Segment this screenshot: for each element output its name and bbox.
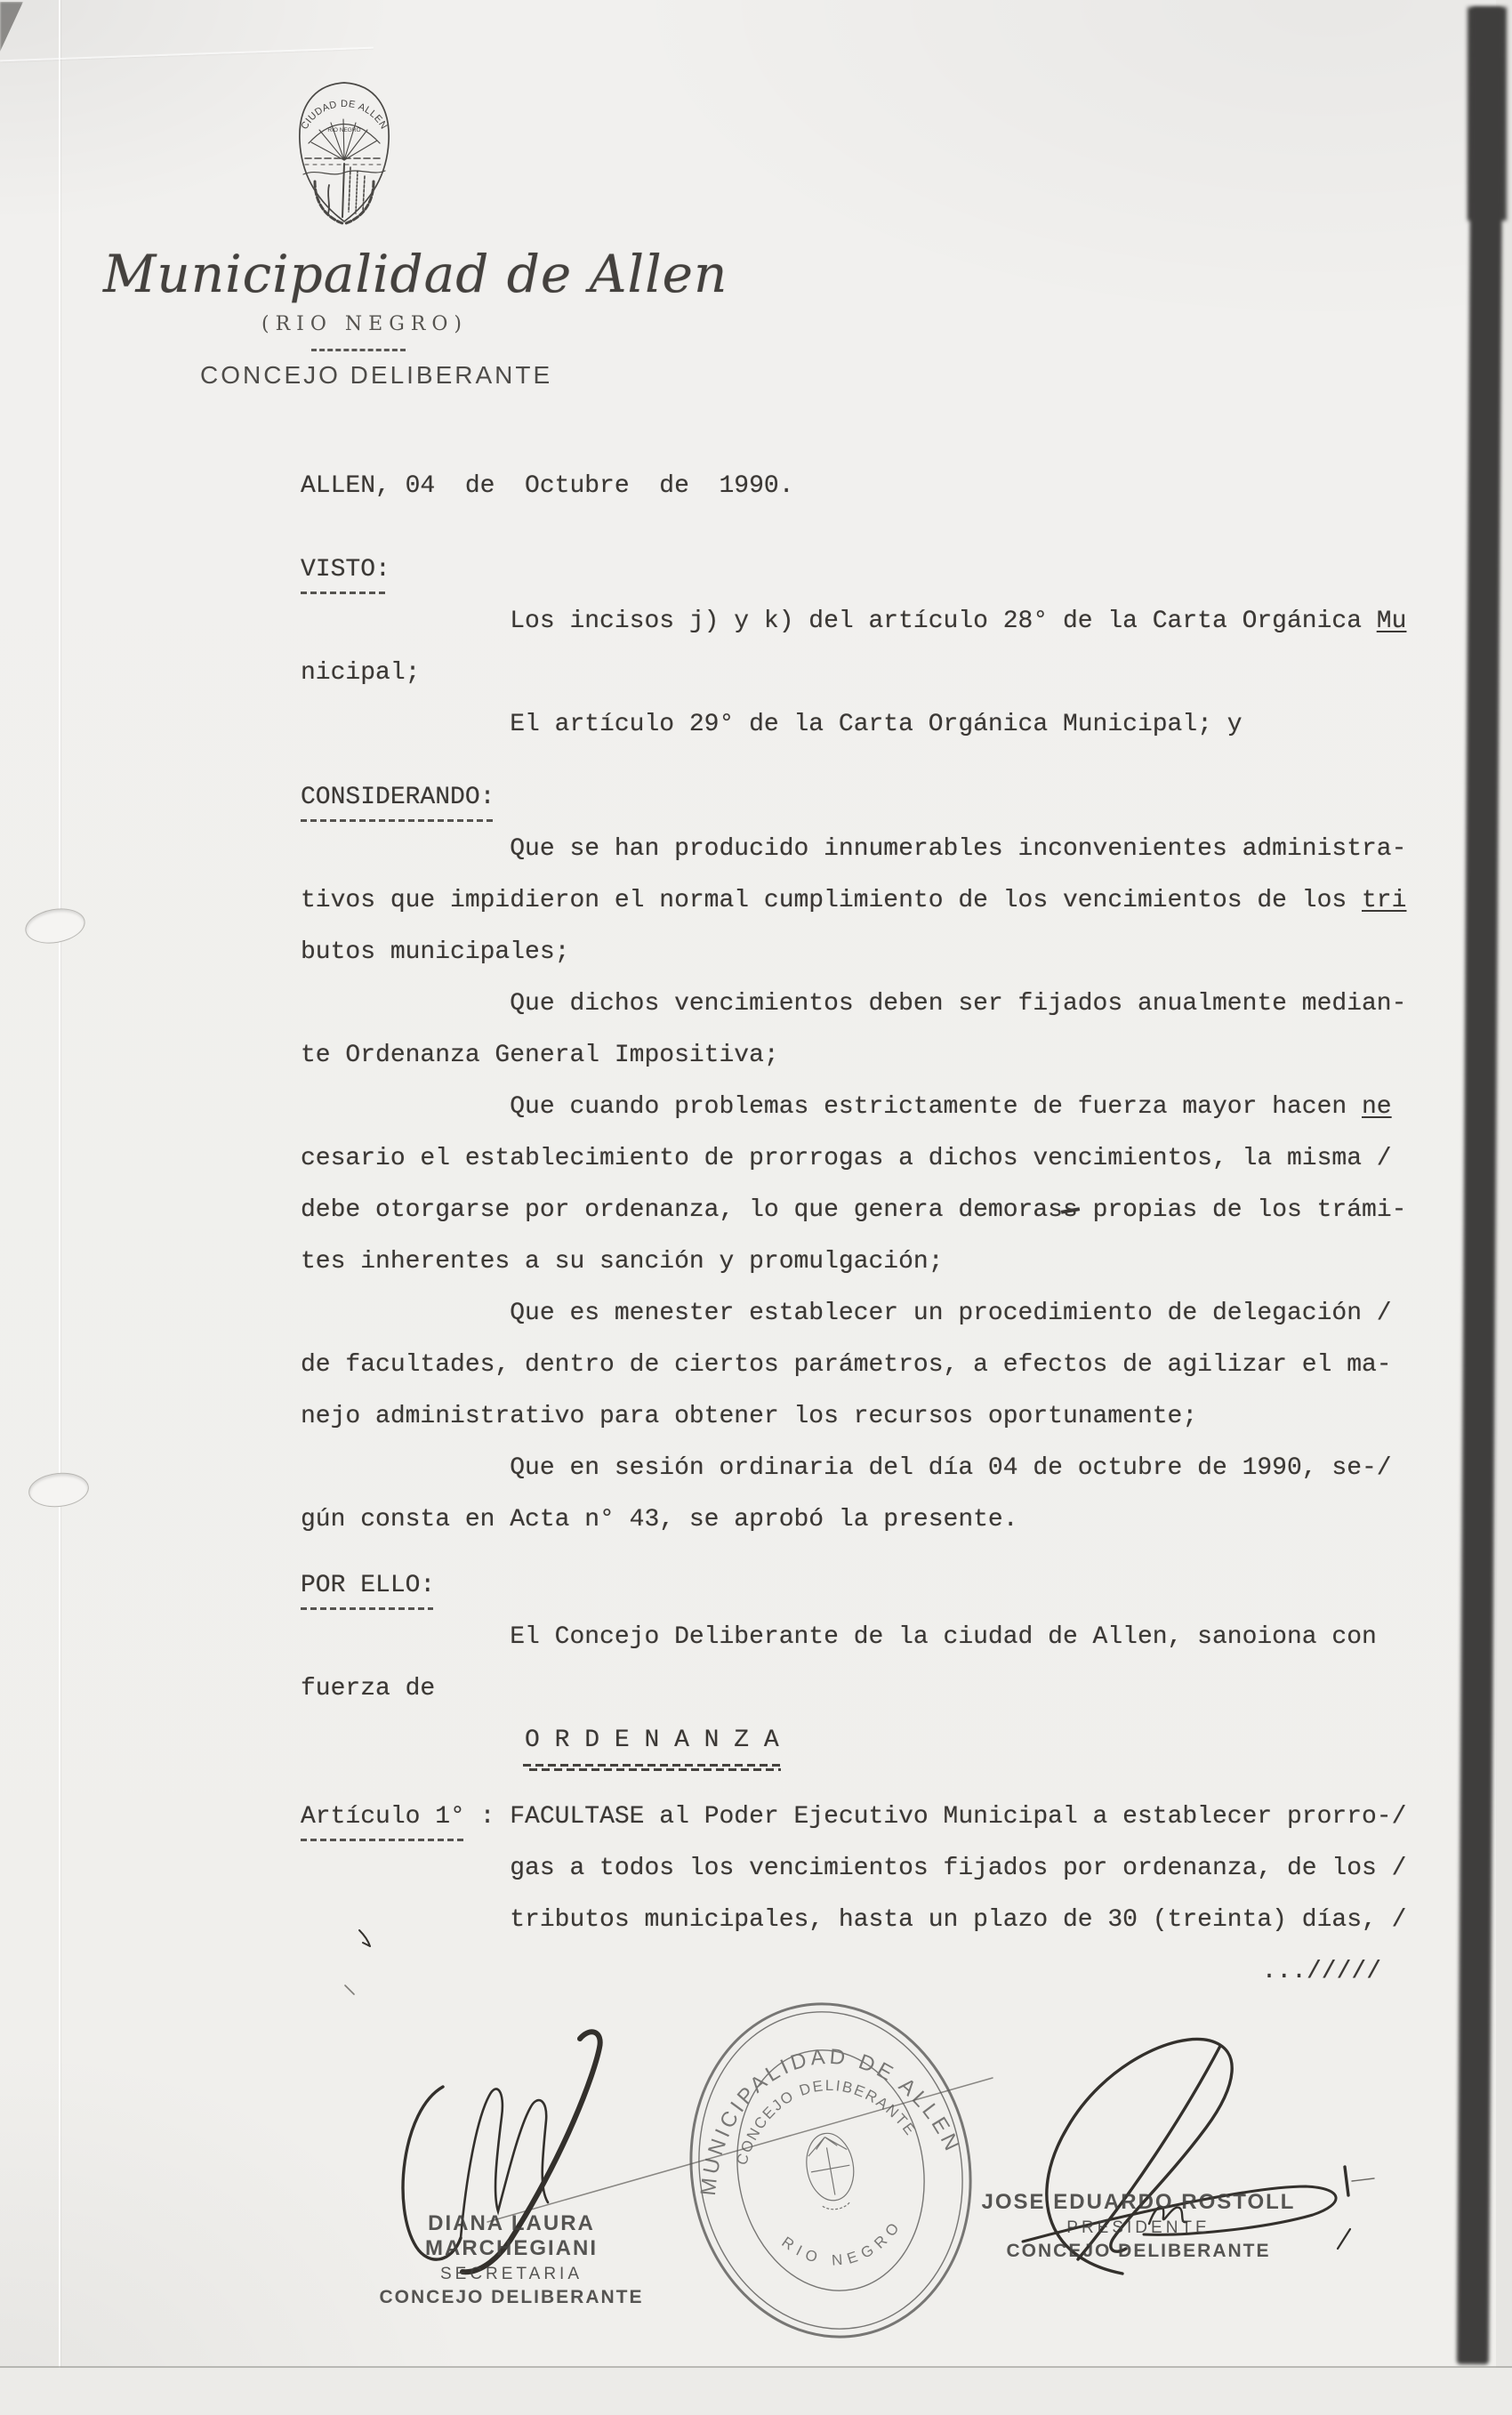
- line-segment: Que cuando problemas estrictamente de fu…: [301, 1093, 1362, 1121]
- document-line: gas a todos los vencimientos fijados por…: [301, 1843, 1381, 1895]
- document-line: El artículo 29° de la Carta Orgánica Mun…: [301, 699, 1381, 751]
- document-line: ALLEN, 04 de Octubre de 1990.: [301, 461, 1381, 512]
- section-heading: VISTO:: [301, 544, 390, 596]
- province-label: (RIO NEGRO): [222, 313, 507, 335]
- president-title: PRESIDENTE: [977, 2218, 1300, 2238]
- line-segment: nejo administrativo para obtener los rec…: [301, 1403, 1197, 1430]
- secretary-stamp-block: DIANA LAURA MARCHEGIANI SECRETARIA CONCE…: [349, 2211, 674, 2308]
- line-segment: nicipal;: [301, 659, 420, 687]
- line-segment: tributos municipales, hasta un plazo de …: [301, 1906, 1406, 1934]
- svg-text:MUNICIPALIDAD DE ALLEN: MUNICIPALIDAD DE ALLEN: [678, 2023, 967, 2201]
- document-line: Que es menester establecer un procedimie…: [301, 1288, 1381, 1340]
- line-segment: Que en sesión ordinaria del día 04 de oc…: [301, 1454, 1392, 1482]
- document-line: cesario el establecimiento de prorrogas …: [301, 1133, 1381, 1185]
- line-segment: cesario el establecimiento de prorrogas …: [301, 1145, 1392, 1172]
- document-line: Artículo 1° : FACULTASE al Poder Ejecuti…: [301, 1791, 1381, 1843]
- scanned-document-page: CIUDAD DE ALLEN RIO NEGRO Municipalidad …: [0, 0, 1512, 2415]
- line-segment: El artículo 29° de la Carta Orgánica Mun…: [301, 711, 1243, 738]
- scan-bed-strip: [0, 2368, 1512, 2415]
- line-segment: fuerza de: [301, 1675, 435, 1703]
- document-line: tributos municipales, hasta un plazo de …: [301, 1895, 1381, 1946]
- line-segment: Que se han producido innumerables inconv…: [301, 835, 1406, 863]
- line-segment: [301, 1727, 525, 1754]
- paper-fold-crease: [59, 0, 60, 2415]
- document-line: tivos que impidieron el normal cumplimie…: [301, 875, 1381, 927]
- punch-hole-mark: [22, 904, 88, 947]
- line-segment: Los incisos j) y k) del artículo 28° de …: [301, 608, 1377, 635]
- seal-outer-text: MUNICIPALIDAD DE ALLEN: [678, 2023, 967, 2201]
- line-segment: te Ordenanza General Impositiva;: [301, 1042, 779, 1069]
- document-line: Que dichos vencimientos deben ser fijado…: [301, 978, 1381, 1030]
- document-line: O R D E N A N Z A: [301, 1715, 1381, 1767]
- document-line: Que en sesión ordinaria del día 04 de oc…: [301, 1443, 1381, 1494]
- line-segment: Mu: [1377, 608, 1407, 635]
- document-line: Que cuando problemas estrictamente de fu…: [301, 1082, 1381, 1133]
- scan-corner-mark: [0, 2, 23, 52]
- president-name: JOSE EDUARDO ROSTOLL: [977, 2190, 1300, 2215]
- president-org: CONCEJO DELIBERANTE: [977, 2241, 1300, 2262]
- punch-hole-mark: [27, 1470, 91, 1510]
- document-line: butos municipales;: [301, 927, 1381, 978]
- pen-tick: [1338, 2229, 1350, 2249]
- line-segment: El Concejo Deliberante de la ciudad de A…: [301, 1623, 1377, 1651]
- line-segment: .../////: [1262, 1958, 1381, 1985]
- line-segment: ALLEN, 04 de Octubre de 1990.: [301, 472, 794, 500]
- document-line: El Concejo Deliberante de la ciudad de A…: [301, 1612, 1381, 1663]
- document-line: Que se han producido innumerables inconv…: [301, 824, 1381, 875]
- section-heading: CONSIDERANDO:: [301, 772, 495, 824]
- document-line: VISTO:: [301, 544, 1381, 596]
- letterhead-divider: [311, 349, 406, 351]
- paper-top-crease: [0, 47, 374, 62]
- document-line: debe otorgarse por ordenanza, lo que gen…: [301, 1185, 1381, 1236]
- document-line: fuerza de: [301, 1663, 1381, 1715]
- document-line: nejo administrativo para obtener los rec…: [301, 1391, 1381, 1443]
- document-line: .../////: [301, 1946, 1381, 1998]
- line-segment: s: [1063, 1196, 1078, 1224]
- crest-sub-text: RIO NEGRO: [327, 127, 360, 133]
- secretary-title: SECRETARIA: [349, 2265, 674, 2284]
- pen-tick: [1352, 2178, 1374, 2181]
- document-line: Los incisos j) y k) del artículo 28° de …: [301, 596, 1381, 648]
- document-line: nicipal;: [301, 648, 1381, 699]
- department-label: CONCEJO DELIBERANTE: [200, 361, 552, 390]
- section-heading: POR ELLO:: [301, 1560, 435, 1612]
- line-segment: ne: [1362, 1093, 1392, 1121]
- line-segment: tri: [1362, 887, 1406, 914]
- line-segment: : FACULTASE al Poder Ejecutivo Municipal…: [465, 1803, 1407, 1831]
- document-line: gún consta en Acta n° 43, se aprobó la p…: [301, 1494, 1381, 1546]
- line-segment: O R D E N A N Z A: [525, 1715, 779, 1767]
- document-line: CONSIDERANDO:: [301, 772, 1381, 824]
- document-line: POR ELLO:: [301, 1560, 1381, 1612]
- line-segment: tivos que impidieron el normal cumplimie…: [301, 887, 1362, 914]
- line-segment: Que es menester establecer un procedimie…: [301, 1300, 1392, 1327]
- document-body: ALLEN, 04 de Octubre de 1990.VISTO: Los …: [301, 461, 1381, 1998]
- section-heading: Artículo 1°: [301, 1791, 465, 1843]
- council-seal-stamp: MUNICIPALIDAD DE ALLEN CONCEJO DELIBERAN…: [678, 1994, 985, 2346]
- president-stamp-block: JOSE EDUARDO ROSTOLL PRESIDENTE CONCEJO …: [977, 2190, 1300, 2262]
- line-segment: Que dichos vencimientos deben ser fijado…: [301, 990, 1406, 1018]
- document-line: de facultades, dentro de ciertos parámet…: [301, 1340, 1381, 1391]
- line-segment: tes inherentes a su sanción y promulgaci…: [301, 1248, 944, 1276]
- line-segment: butos municipales;: [301, 938, 569, 966]
- secretary-name: DIANA LAURA MARCHEGIANI: [349, 2211, 674, 2261]
- line-segment: propias de los trámi-: [1078, 1196, 1407, 1224]
- line-segment: de facultades, dentro de ciertos parámet…: [301, 1351, 1392, 1379]
- city-crest-icon: CIUDAD DE ALLEN RIO NEGRO: [292, 78, 397, 228]
- organization-name: Municipalidad de Allen: [103, 244, 728, 304]
- pen-tick: [1345, 2167, 1348, 2195]
- line-segment: gún consta en Acta n° 43, se aprobó la p…: [301, 1506, 1018, 1534]
- document-line: te Ordenanza General Impositiva;: [301, 1030, 1381, 1082]
- document-line: tes inherentes a su sanción y promulgaci…: [301, 1236, 1381, 1288]
- line-segment: debe otorgarse por ordenanza, lo que gen…: [301, 1196, 1063, 1224]
- secretary-org: CONCEJO DELIBERANTE: [349, 2287, 674, 2308]
- line-segment: gas a todos los vencimientos fijados por…: [301, 1855, 1406, 1882]
